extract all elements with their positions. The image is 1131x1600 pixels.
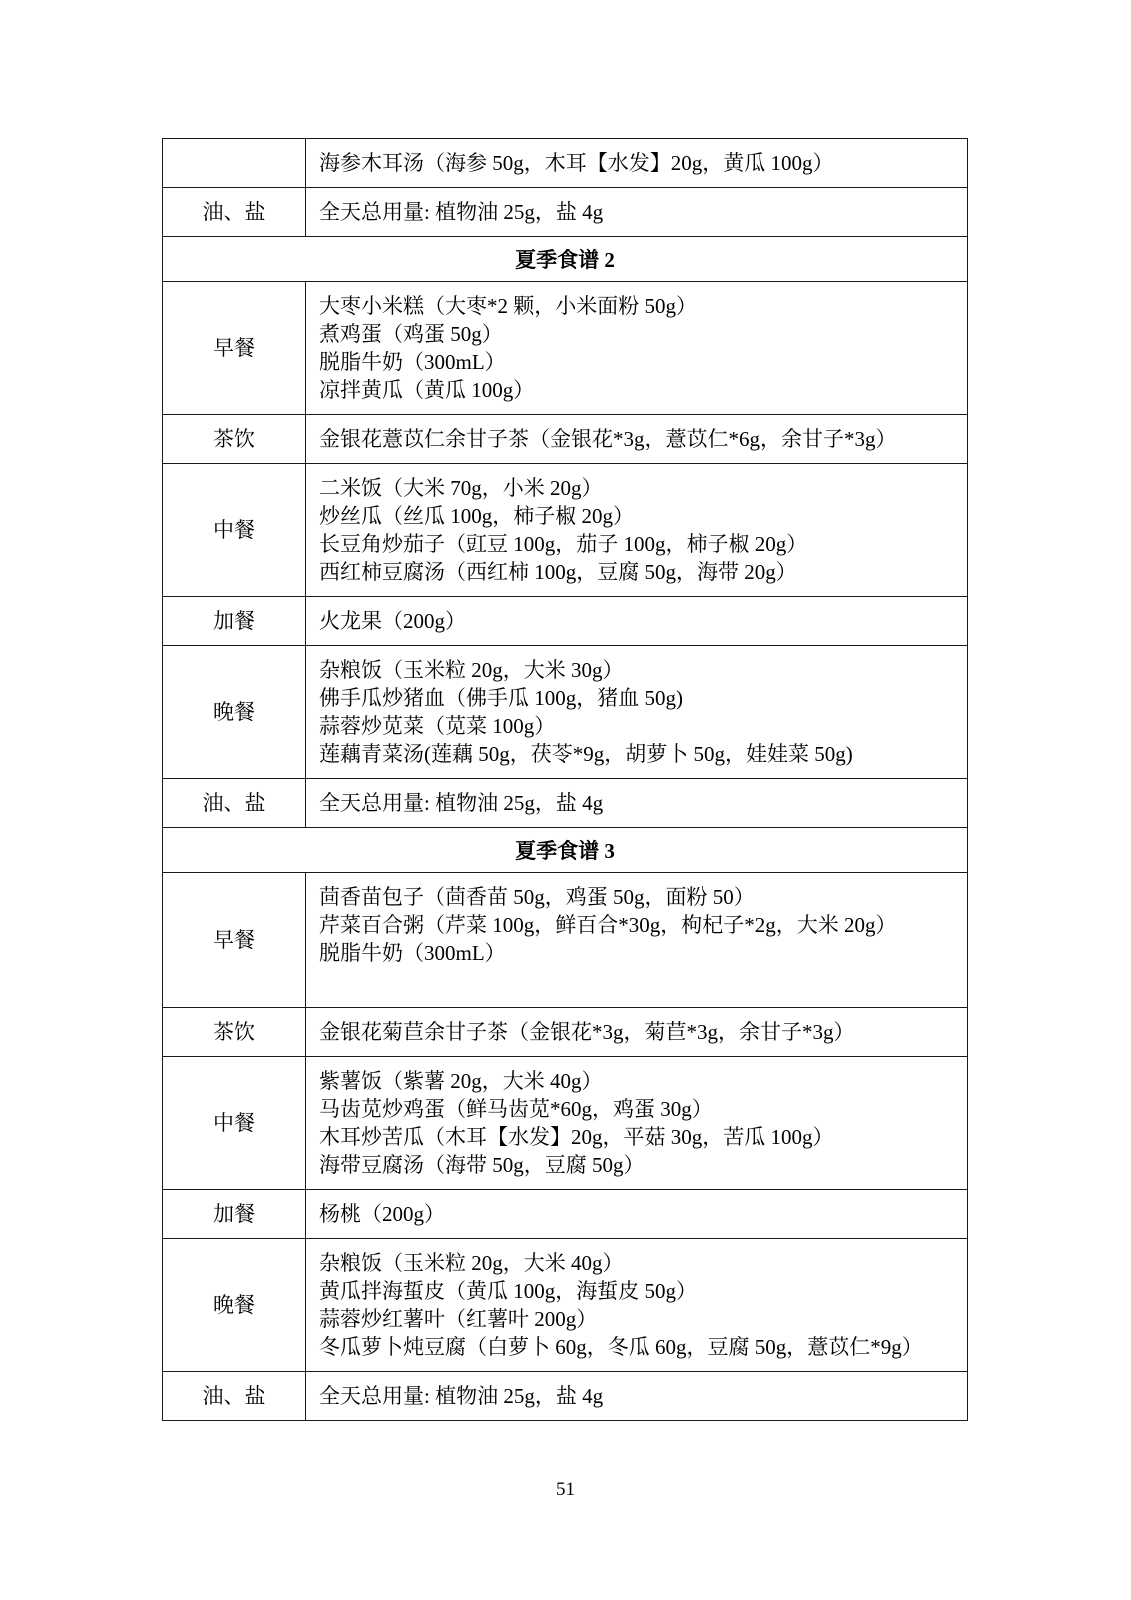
table-row: 茶饮金银花菊苣余甘子茶（金银花*3g，菊苣*3g，余甘子*3g） (163, 1008, 968, 1057)
dish-line: 紫薯饭（紫薯 20g，大米 40g） (319, 1067, 953, 1095)
meal-type-label: 加餐 (163, 1190, 306, 1239)
table-row: 夏季食谱 2 (163, 237, 968, 282)
section-title: 夏季食谱 2 (163, 237, 968, 282)
dish-line: 木耳炒苦瓜（木耳【水发】20g，平菇 30g，苦瓜 100g） (319, 1123, 953, 1151)
meal-type-label: 晚餐 (163, 646, 306, 779)
meal-type-label (163, 139, 306, 188)
meal-content-cell: 二米饭（大米 70g，小米 20g）炒丝瓜（丝瓜 100g，柿子椒 20g）长豆… (306, 464, 968, 597)
table-row: 加餐火龙果（200g） (163, 597, 968, 646)
meal-type-label: 早餐 (163, 282, 306, 415)
table-row: 油、盐全天总用量: 植物油 25g，盐 4g (163, 1372, 968, 1421)
meal-content-cell: 杨桃（200g） (306, 1190, 968, 1239)
meal-type-label: 油、盐 (163, 188, 306, 237)
dish-line: 脱脂牛奶（300mL） (319, 348, 953, 376)
meal-content-cell: 全天总用量: 植物油 25g，盐 4g (306, 779, 968, 828)
dish-line: 芹菜百合粥（芹菜 100g，鲜百合*30g，枸杞子*2g，大米 20g） (319, 911, 953, 939)
meal-type-label: 茶饮 (163, 1008, 306, 1057)
dish-line: 全天总用量: 植物油 25g，盐 4g (319, 198, 953, 226)
page-number: 51 (0, 1478, 1131, 1502)
meal-type-label: 油、盐 (163, 1372, 306, 1421)
meal-content-cell: 火龙果（200g） (306, 597, 968, 646)
dish-line: 杂粮饭（玉米粒 20g，大米 40g） (319, 1249, 953, 1277)
table-row: 早餐茴香苗包子（茴香苗 50g，鸡蛋 50g，面粉 50）芹菜百合粥（芹菜 10… (163, 873, 968, 1008)
meal-type-label: 加餐 (163, 597, 306, 646)
dish-line: 脱脂牛奶（300mL） (319, 939, 953, 967)
meal-content-cell: 金银花薏苡仁余甘子茶（金银花*3g，薏苡仁*6g，余甘子*3g） (306, 415, 968, 464)
dish-line: 全天总用量: 植物油 25g，盐 4g (319, 789, 953, 817)
meal-type-label: 晚餐 (163, 1239, 306, 1372)
table-row: 早餐大枣小米糕（大枣*2 颗，小米面粉 50g）煮鸡蛋（鸡蛋 50g）脱脂牛奶（… (163, 282, 968, 415)
section-title: 夏季食谱 3 (163, 828, 968, 873)
meal-plan-table: 海参木耳汤（海参 50g，木耳【水发】20g，黄瓜 100g）油、盐全天总用量:… (162, 138, 968, 1421)
dish-line: 炒丝瓜（丝瓜 100g，柿子椒 20g） (319, 502, 953, 530)
dish-line: 冬瓜萝卜炖豆腐（白萝卜 60g，冬瓜 60g，豆腐 50g，薏苡仁*9g） (319, 1333, 953, 1361)
meal-content-cell: 全天总用量: 植物油 25g，盐 4g (306, 188, 968, 237)
table-row: 油、盐全天总用量: 植物油 25g，盐 4g (163, 188, 968, 237)
table-row: 中餐紫薯饭（紫薯 20g，大米 40g）马齿苋炒鸡蛋（鲜马齿苋*60g，鸡蛋 3… (163, 1057, 968, 1190)
table-row: 油、盐全天总用量: 植物油 25g，盐 4g (163, 779, 968, 828)
dish-line: 佛手瓜炒猪血（佛手瓜 100g，猪血 50g) (319, 684, 953, 712)
table-row: 茶饮金银花薏苡仁余甘子茶（金银花*3g，薏苡仁*6g，余甘子*3g） (163, 415, 968, 464)
meal-type-label: 油、盐 (163, 779, 306, 828)
meal-type-label: 茶饮 (163, 415, 306, 464)
dish-line: 火龙果（200g） (319, 607, 953, 635)
table-row: 中餐二米饭（大米 70g，小米 20g）炒丝瓜（丝瓜 100g，柿子椒 20g）… (163, 464, 968, 597)
document-page: { "document": { "colors": { "background"… (0, 0, 1131, 1600)
meal-type-label: 早餐 (163, 873, 306, 1008)
table-row: 晚餐杂粮饭（玉米粒 20g，大米 30g）佛手瓜炒猪血（佛手瓜 100g，猪血 … (163, 646, 968, 779)
dish-line: 海带豆腐汤（海带 50g，豆腐 50g） (319, 1151, 953, 1179)
dish-line: 二米饭（大米 70g，小米 20g） (319, 474, 953, 502)
dish-line: 黄瓜拌海蜇皮（黄瓜 100g，海蜇皮 50g） (319, 1277, 953, 1305)
meal-content-cell: 杂粮饭（玉米粒 20g，大米 30g）佛手瓜炒猪血（佛手瓜 100g，猪血 50… (306, 646, 968, 779)
table-row: 加餐杨桃（200g） (163, 1190, 968, 1239)
dish-line: 金银花薏苡仁余甘子茶（金银花*3g，薏苡仁*6g，余甘子*3g） (319, 425, 953, 453)
dish-line: 蒜蓉炒红薯叶（红薯叶 200g） (319, 1305, 953, 1333)
dish-line: 杂粮饭（玉米粒 20g，大米 30g） (319, 656, 953, 684)
table-row: 夏季食谱 3 (163, 828, 968, 873)
dish-line: 海参木耳汤（海参 50g，木耳【水发】20g，黄瓜 100g） (319, 149, 953, 177)
dish-line: 马齿苋炒鸡蛋（鲜马齿苋*60g，鸡蛋 30g） (319, 1095, 953, 1123)
table-row: 晚餐杂粮饭（玉米粒 20g，大米 40g）黄瓜拌海蜇皮（黄瓜 100g，海蜇皮 … (163, 1239, 968, 1372)
meal-content-cell: 大枣小米糕（大枣*2 颗，小米面粉 50g）煮鸡蛋（鸡蛋 50g）脱脂牛奶（30… (306, 282, 968, 415)
dish-line: 金银花菊苣余甘子茶（金银花*3g，菊苣*3g，余甘子*3g） (319, 1018, 953, 1046)
meal-content-cell: 海参木耳汤（海参 50g，木耳【水发】20g，黄瓜 100g） (306, 139, 968, 188)
meal-content-cell: 金银花菊苣余甘子茶（金银花*3g，菊苣*3g，余甘子*3g） (306, 1008, 968, 1057)
meal-plan-table-body: 海参木耳汤（海参 50g，木耳【水发】20g，黄瓜 100g）油、盐全天总用量:… (163, 139, 968, 1421)
dish-line: 杨桃（200g） (319, 1200, 953, 1228)
meal-content-cell: 茴香苗包子（茴香苗 50g，鸡蛋 50g，面粉 50）芹菜百合粥（芹菜 100g… (306, 873, 968, 1008)
meal-type-label: 中餐 (163, 1057, 306, 1190)
meal-content-cell: 紫薯饭（紫薯 20g，大米 40g）马齿苋炒鸡蛋（鲜马齿苋*60g，鸡蛋 30g… (306, 1057, 968, 1190)
dish-line: 莲藕青菜汤(莲藕 50g，茯苓*9g，胡萝卜 50g，娃娃菜 50g) (319, 740, 953, 768)
meal-content-cell: 杂粮饭（玉米粒 20g，大米 40g）黄瓜拌海蜇皮（黄瓜 100g，海蜇皮 50… (306, 1239, 968, 1372)
table-row: 海参木耳汤（海参 50g，木耳【水发】20g，黄瓜 100g） (163, 139, 968, 188)
dish-line: 茴香苗包子（茴香苗 50g，鸡蛋 50g，面粉 50） (319, 883, 953, 911)
dish-line: 长豆角炒茄子（豇豆 100g，茄子 100g，柿子椒 20g） (319, 530, 953, 558)
meal-type-label: 中餐 (163, 464, 306, 597)
dish-line: 全天总用量: 植物油 25g，盐 4g (319, 1382, 953, 1410)
dish-line: 煮鸡蛋（鸡蛋 50g） (319, 320, 953, 348)
dish-line: 蒜蓉炒苋菜（苋菜 100g） (319, 712, 953, 740)
dish-line: 凉拌黄瓜（黄瓜 100g） (319, 376, 953, 404)
meal-content-cell: 全天总用量: 植物油 25g，盐 4g (306, 1372, 968, 1421)
dish-line: 大枣小米糕（大枣*2 颗，小米面粉 50g） (319, 292, 953, 320)
dish-line: 西红柿豆腐汤（西红柿 100g，豆腐 50g，海带 20g） (319, 558, 953, 586)
